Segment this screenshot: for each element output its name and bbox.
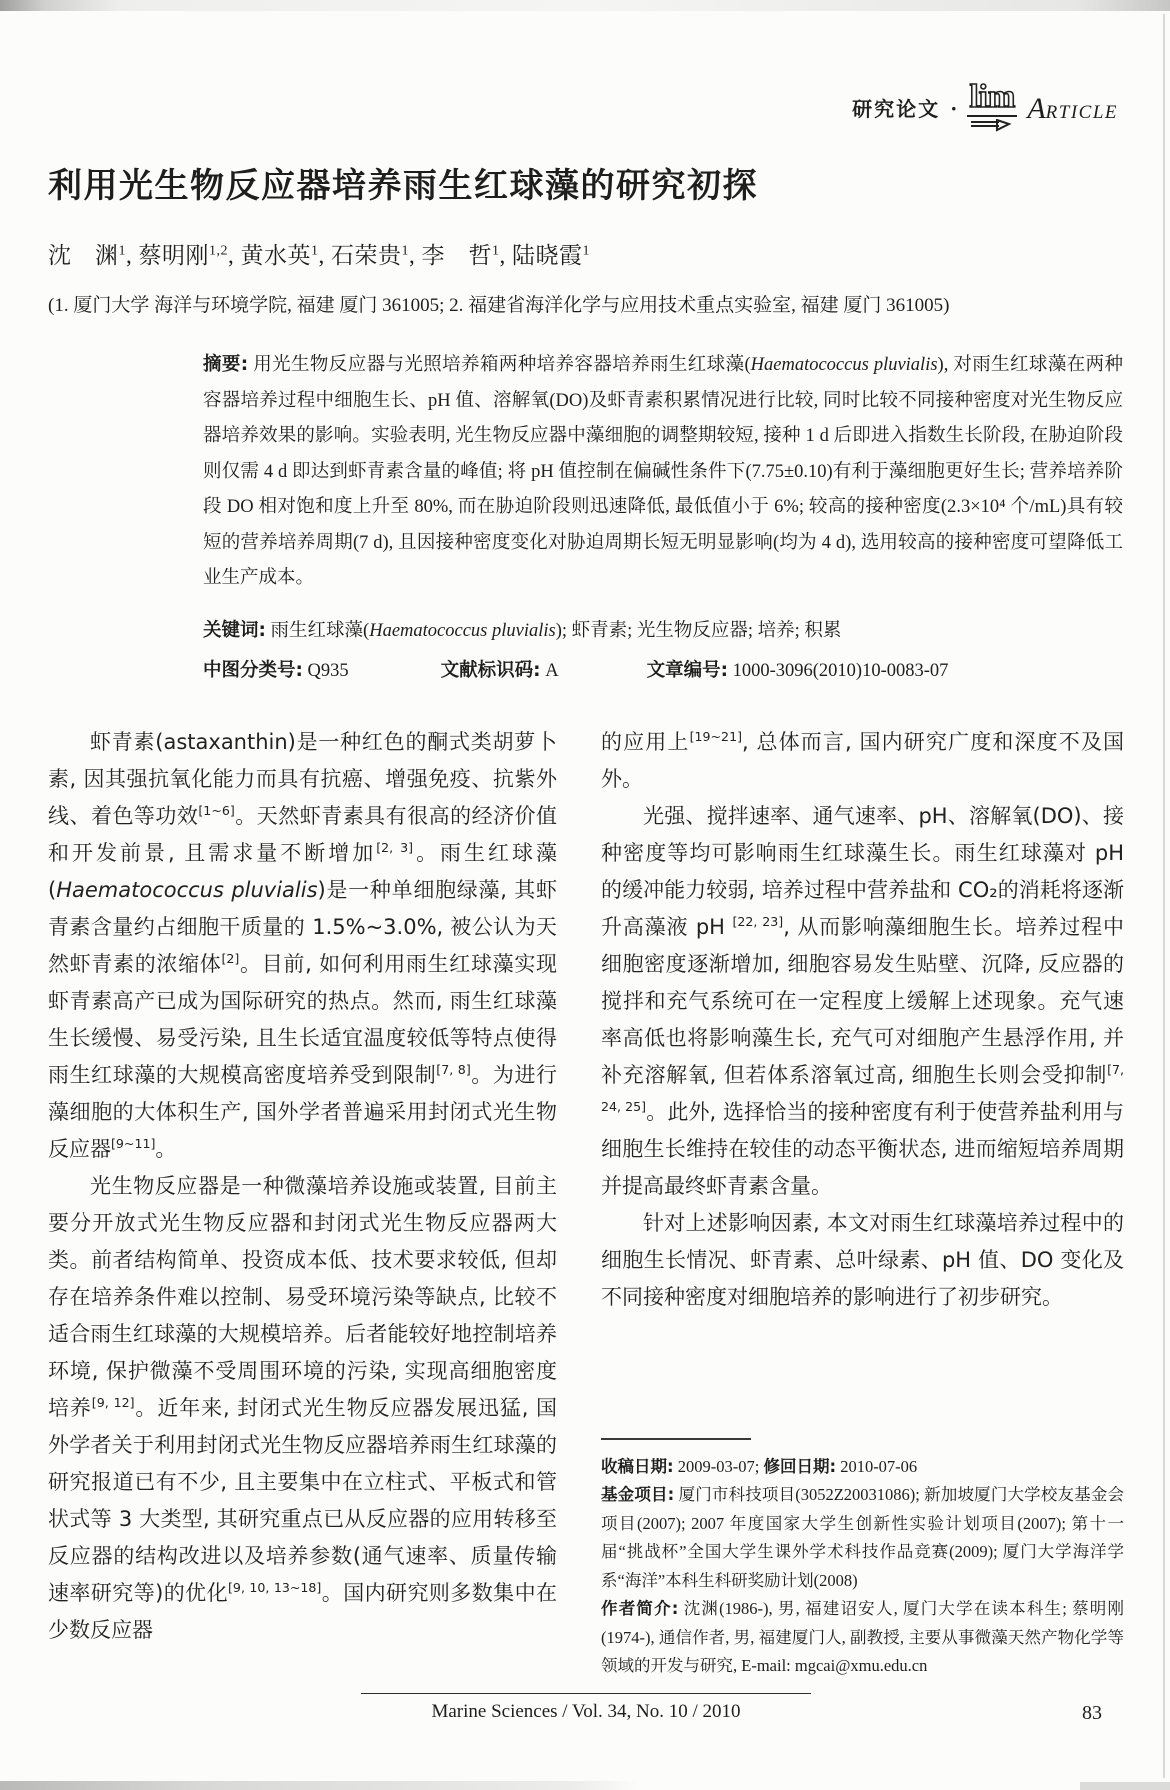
article-id: 文章编号: 1000-3096(2010)10-0083-07 <box>647 654 949 688</box>
document-code: 文献标识码: A <box>441 654 559 688</box>
article-wordmark-rest: RTICLE <box>1046 102 1118 123</box>
abstract-label: 摘要: <box>203 354 248 375</box>
column-left: 虾青素(astaxanthin)是一种红色的酮式类胡萝卜素, 因其强抗氧化能力而… <box>48 724 557 1681</box>
scan-artifact-bottom <box>0 1781 640 1790</box>
keywords-label: 关键词: <box>203 620 266 641</box>
column-right: 的应用上[19~21], 总体而言, 国内研究广度和深度不及国外。光强、搅拌速率… <box>601 724 1124 1681</box>
author-list: 沈 渊1, 蔡明刚1,2, 黄水英1, 石荣贵1, 李 哲1, 陆晓霞1 <box>48 237 1124 270</box>
body-paragraph: 针对上述影响因素, 本文对雨生红球藻培养过程中的细胞生长情况、虾青素、总叶绿素、… <box>601 1205 1124 1316</box>
author: 石荣贵1 <box>331 243 409 268</box>
body-paragraph: 光强、搅拌速率、通气速率、pH、溶解氧(DO)、接种密度等均可影响雨生红球藻生长… <box>601 798 1124 1205</box>
classification-line: 中图分类号: Q935 文献标识码: A 文章编号: 1000-3096(201… <box>203 654 1123 688</box>
footnote-items: 收稿日期: 2009-03-07; 修回日期: 2010-07-06基金项目: … <box>601 1453 1124 1681</box>
paper-title: 利用光生物反应器培养雨生红球藻的研究初探 <box>48 158 1124 207</box>
footnote-rule <box>601 1438 751 1440</box>
footnote: 收稿日期: 2009-03-07; 修回日期: 2010-07-06 <box>601 1453 1124 1482</box>
column-right-paras: 的应用上[19~21], 总体而言, 国内研究广度和深度不及国外。光强、搅拌速率… <box>601 724 1124 1316</box>
body-paragraph: 的应用上[19~21], 总体而言, 国内研究广度和深度不及国外。 <box>601 724 1124 798</box>
article-category-label: 研究论文 <box>852 93 940 132</box>
article-wordmark: ARTICLE <box>1027 92 1118 132</box>
footnote-block: 收稿日期: 2009-03-07; 修回日期: 2010-07-06基金项目: … <box>601 1438 1124 1681</box>
page-number: 83 <box>1082 1702 1102 1725</box>
page-header: 研究论文 · lim ARTICLE <box>48 76 1124 132</box>
abstract-block: 摘要: 用光生物反应器与光照培养箱两种培养容器培养雨生红球藻(Haematoco… <box>203 347 1123 688</box>
author: 黄水英1 <box>241 243 319 268</box>
journal-info: Marine Sciences / Vol. 34, No. 10 / 2010 <box>361 1693 810 1723</box>
abstract: 摘要: 用光生物反应器与光照培养箱两种培养容器培养雨生红球藻(Haematoco… <box>203 347 1123 597</box>
page-footer: Marine Sciences / Vol. 34, No. 10 / 2010… <box>48 1693 1124 1723</box>
author: 沈 渊1 <box>48 243 126 268</box>
author: 陆晓霞1 <box>512 243 590 268</box>
footnote: 基金项目: 厦门市科技项目(3052Z20031086); 新加坡厦门大学校友基… <box>601 1481 1124 1595</box>
body-paragraph: 虾青素(astaxanthin)是一种红色的酮式类胡萝卜素, 因其强抗氧化能力而… <box>48 724 557 1168</box>
journal-logo-text: lim <box>967 81 1017 117</box>
author: 蔡明刚1,2 <box>139 243 229 268</box>
journal-logo: lim <box>967 81 1017 132</box>
clc-number: 中图分类号: Q935 <box>203 654 349 688</box>
header-dot-separator: · <box>950 96 957 132</box>
journal-page: 研究论文 · lim ARTICLE 利用光生物反应器培养雨生红球藻的研究初探 … <box>0 0 1170 1790</box>
scan-artifact-bottom-right <box>1080 1782 1170 1790</box>
author: 李 哲1 <box>422 243 500 268</box>
affiliation: (1. 厦门大学 海洋与环境学院, 福建 厦门 361005; 2. 福建省海洋… <box>48 290 1078 321</box>
footnote: 作者简介: 沈渊(1986-), 男, 福建诏安人, 厦门大学在读本科生; 蔡明… <box>601 1595 1124 1681</box>
body-paragraph: 光生物反应器是一种微藻培养设施或装置, 目前主要分开放式光生物反应器和封闭式光生… <box>48 1168 557 1649</box>
article-wordmark-initial: A <box>1027 92 1045 125</box>
keywords-text: 雨生红球藻(Haematococcus pluvialis); 虾青素; 光生物… <box>271 621 842 641</box>
logo-arrow-icon <box>969 119 1015 132</box>
abstract-text: 用光生物反应器与光照培养箱两种培养容器培养雨生红球藻(Haematococcus… <box>203 355 1123 588</box>
keywords: 关键词: 雨生红球藻(Haematococcus pluvialis); 虾青素… <box>203 614 1123 648</box>
body-columns: 虾青素(astaxanthin)是一种红色的酮式类胡萝卜素, 因其强抗氧化能力而… <box>48 724 1124 1681</box>
page-content: 研究论文 · lim ARTICLE 利用光生物反应器培养雨生红球藻的研究初探 … <box>0 0 1170 1681</box>
